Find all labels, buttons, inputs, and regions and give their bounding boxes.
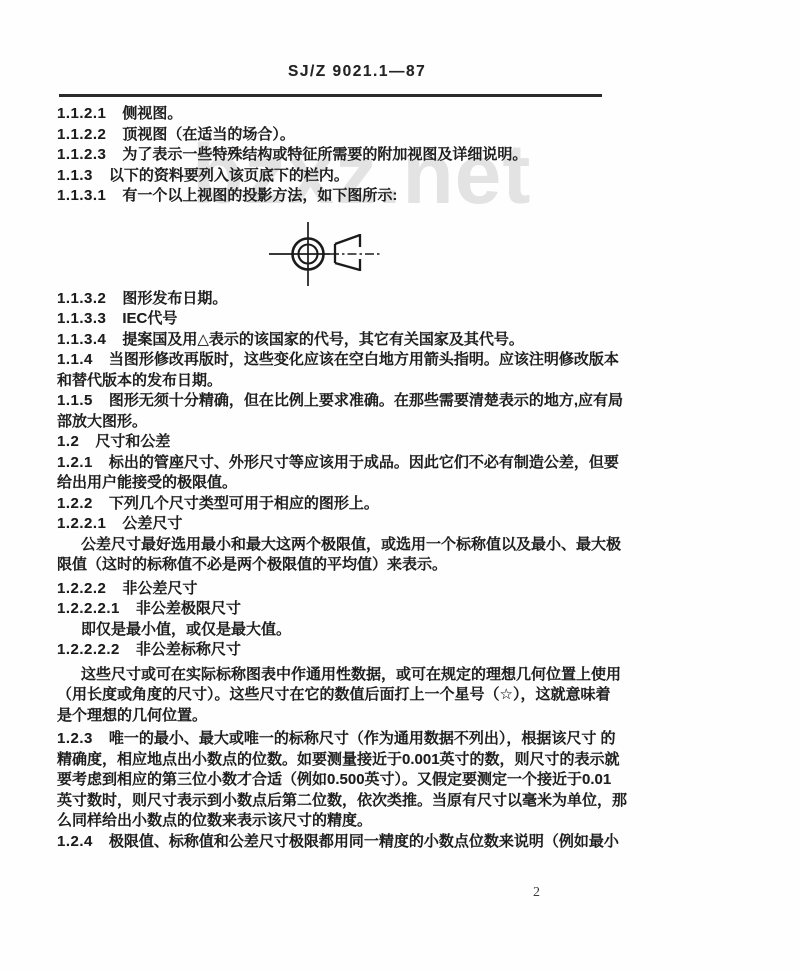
section-line: 1.1.2.1侧视图。: [57, 104, 617, 125]
section-number: 1.1.3.3: [57, 310, 106, 327]
section-line: 1.1.3.3IEC代号: [57, 309, 617, 330]
text-line: 公差尺寸最好选用最小和最大这两个极限值，或选用一个标称值以及最小、最大极: [57, 535, 617, 556]
section-line: 1.2.2.2.1非公差极限尺寸: [57, 599, 617, 620]
line-text: 即仅是最小值，或仅是最大值。: [81, 621, 291, 638]
section-number: 1.1.2.1: [57, 105, 106, 122]
section-number: 1.1.3.4: [57, 331, 106, 348]
section-number: 1.2: [57, 433, 79, 450]
line-text: 当图形修改再版时，这些变化应该在空白地方用箭头指明。应该注明修改版本: [109, 351, 619, 368]
section-line: 1.1.4当图形修改再版时，这些变化应该在空白地方用箭头指明。应该注明修改版本: [57, 350, 617, 371]
section-line: 1.1.3.1有一个以上视图的投影方法，如下图所示:: [57, 186, 617, 207]
section-number: 1.1.3.1: [57, 187, 106, 204]
line-text: 要考虑到相应的第三位小数才合适（例如0.500英寸）。又假定要测定一个接近于0.…: [57, 771, 611, 788]
page-number: 2: [533, 885, 540, 901]
section-line: 1.2.4极限值、标称值和公差尺寸极限都用同一精度的小数点位数来说明（例如最小: [57, 832, 617, 853]
section-line: 1.1.3.2图形发布日期。: [57, 289, 617, 310]
text-line: 即仅是最小值，或仅是最大值。: [57, 620, 617, 641]
line-text: 非公差极限尺寸: [136, 600, 241, 617]
line-text: 么同样给出小数点的位数来表示该尺寸的精度。: [57, 812, 372, 829]
section-number: 1.2.2: [57, 495, 93, 512]
section-line: 1.1.2.3为了表示一些特殊结构或特征所需要的附加视图及详细说明。: [57, 145, 617, 166]
line-text: 标出的管座尺寸、外形尺寸等应该用于成品。因此它们不必有制造公差，但要: [109, 454, 619, 471]
section-number: 1.1.3: [57, 167, 93, 184]
standard-number: SJ/Z 9021.1—87: [288, 63, 426, 81]
line-text: 侧视图。: [122, 105, 182, 122]
line-text: 顶视图（在适当的场合）。: [122, 126, 295, 143]
section-number: 1.1.4: [57, 351, 93, 368]
section-number: 1.2.1: [57, 454, 93, 471]
section-line: 1.2.2.2.2非公差标称尺寸: [57, 640, 617, 661]
section-number: 1.2.2.1: [57, 515, 106, 532]
section-line: 1.2.3唯一的最小、最大或唯一的标称尺寸（作为通用数据不列出），根据该尺寸 的: [57, 729, 617, 750]
header-rule: [59, 94, 602, 97]
section-line: 1.2.2.2非公差尺寸: [57, 579, 617, 600]
text-line: 限值（这时的标称值不必是两个极限值的平均值）来表示。: [57, 555, 617, 576]
section-number: 1.1.3.2: [57, 290, 106, 307]
line-text: IEC代号: [122, 310, 177, 327]
text-line: 要考虑到相应的第三位小数才合适（例如0.500英寸）。又假定要测定一个接近于0.…: [57, 770, 617, 791]
line-text: 限值（这时的标称值不必是两个极限值的平均值）来表示。: [57, 556, 447, 573]
line-text: 精确度，相应地点出小数点的位数。如要测量接近于0.001英寸的数，则尺寸的表示就: [57, 751, 620, 768]
line-text: 提案国及用△表示的该国家的代号，其它有关国家及其代号。: [122, 331, 524, 348]
cone-side-view: [335, 234, 360, 271]
section-number: 1.2.2.2: [57, 580, 106, 597]
section-line: 1.1.3.4提案国及用△表示的该国家的代号，其它有关国家及其代号。: [57, 330, 617, 351]
line-text: 尺寸和公差: [95, 433, 170, 450]
line-text: 图形发布日期。: [122, 290, 227, 307]
text-line: （用长度或角度的尺寸）。这些尺寸在它的数值后面打上一个星号（☆），这就意味着: [57, 685, 617, 706]
section-number: 1.2.4: [57, 833, 93, 850]
line-text: 这些尺寸或可在实际标称图表中作通用性数据，或可在规定的理想几何位置上使用: [81, 666, 621, 683]
text-line: 这些尺寸或可在实际标称图表中作通用性数据，或可在规定的理想几何位置上使用: [57, 665, 617, 686]
text-line: 部放大图形。: [57, 412, 617, 433]
section-line: 1.1.2.2顶视图（在适当的场合）。: [57, 125, 617, 146]
section-number: 1.2.2.2.2: [57, 641, 120, 658]
line-text: 部放大图形。: [57, 413, 147, 430]
line-text: 有一个以上视图的投影方法，如下图所示:: [122, 187, 397, 204]
section-line: 1.2.2.1公差尺寸: [57, 514, 617, 535]
section-number: 1.1.5: [57, 392, 93, 409]
scanned-page: bzxz.net SJ/Z 9021.1—87 1.1.2.1侧视图。1.1.2…: [0, 0, 800, 971]
line-text: 公差尺寸最好选用最小和最大这两个极限值，或选用一个标称值以及最小、最大极: [81, 536, 621, 553]
line-text: 给出用户能接受的极限值。: [57, 474, 237, 491]
section-line: 1.1.3以下的资料要列入该页底下的栏内。: [57, 166, 617, 187]
text-line: 么同样给出小数点的位数来表示该尺寸的精度。: [57, 811, 617, 832]
section-line: 1.2.2下列几个尺寸类型可用于相应的图形上。: [57, 494, 617, 515]
section-number: 1.2.3: [57, 730, 93, 747]
line-text: 极限值、标称值和公差尺寸极限都用同一精度的小数点位数来说明（例如最小: [109, 833, 619, 850]
text-line: 英寸数时，则尺寸表示到小数点后第二位数，依次类推。当原有尺寸以毫米为单位，那: [57, 791, 617, 812]
first-angle-projection-symbol-icon: [256, 217, 406, 289]
line-text: 图形无须十分精确，但在比例上要求准确。在那些需要清楚表示的地方,应有局: [109, 392, 623, 409]
line-text: 为了表示一些特殊结构或特征所需要的附加视图及详细说明。: [122, 146, 527, 163]
section-line: 1.1.5图形无须十分精确，但在比例上要求准确。在那些需要清楚表示的地方,应有局: [57, 391, 617, 412]
line-text: 下列几个尺寸类型可用于相应的图形上。: [109, 495, 379, 512]
line-text: 以下的资料要列入该页底下的栏内。: [109, 167, 349, 184]
projection-method-figure: [256, 217, 617, 289]
circle-end-view: [269, 222, 330, 286]
document-body: 1.1.2.1侧视图。1.1.2.2顶视图（在适当的场合）。1.1.2.3为了表…: [57, 104, 617, 852]
section-number: 1.1.2.2: [57, 126, 106, 143]
line-text: （用长度或角度的尺寸）。这些尺寸在它的数值后面打上一个星号（☆），这就意味着: [57, 686, 610, 703]
text-line: 精确度，相应地点出小数点的位数。如要测量接近于0.001英寸的数，则尺寸的表示就: [57, 750, 617, 771]
line-text: 非公差标称尺寸: [136, 641, 241, 658]
section-number: 1.1.2.3: [57, 146, 106, 163]
text-line: 和替代版本的发布日期。: [57, 371, 617, 392]
section-line: 1.2尺寸和公差: [57, 432, 617, 453]
section-number: 1.2.2.2.1: [57, 600, 120, 617]
line-text: 和替代版本的发布日期。: [57, 372, 222, 389]
text-line: 给出用户能接受的极限值。: [57, 473, 617, 494]
text-line: 是个理想的几何位置。: [57, 706, 617, 727]
line-text: 英寸数时，则尺寸表示到小数点后第二位数，依次类推。当原有尺寸以毫米为单位，那: [57, 792, 627, 809]
line-text: 是个理想的几何位置。: [57, 707, 207, 724]
section-line: 1.2.1标出的管座尺寸、外形尺寸等应该用于成品。因此它们不必有制造公差，但要: [57, 453, 617, 474]
line-text: 公差尺寸: [122, 515, 182, 532]
line-text: 非公差尺寸: [122, 580, 197, 597]
line-text: 唯一的最小、最大或唯一的标称尺寸（作为通用数据不列出），根据该尺寸 的: [109, 730, 616, 747]
